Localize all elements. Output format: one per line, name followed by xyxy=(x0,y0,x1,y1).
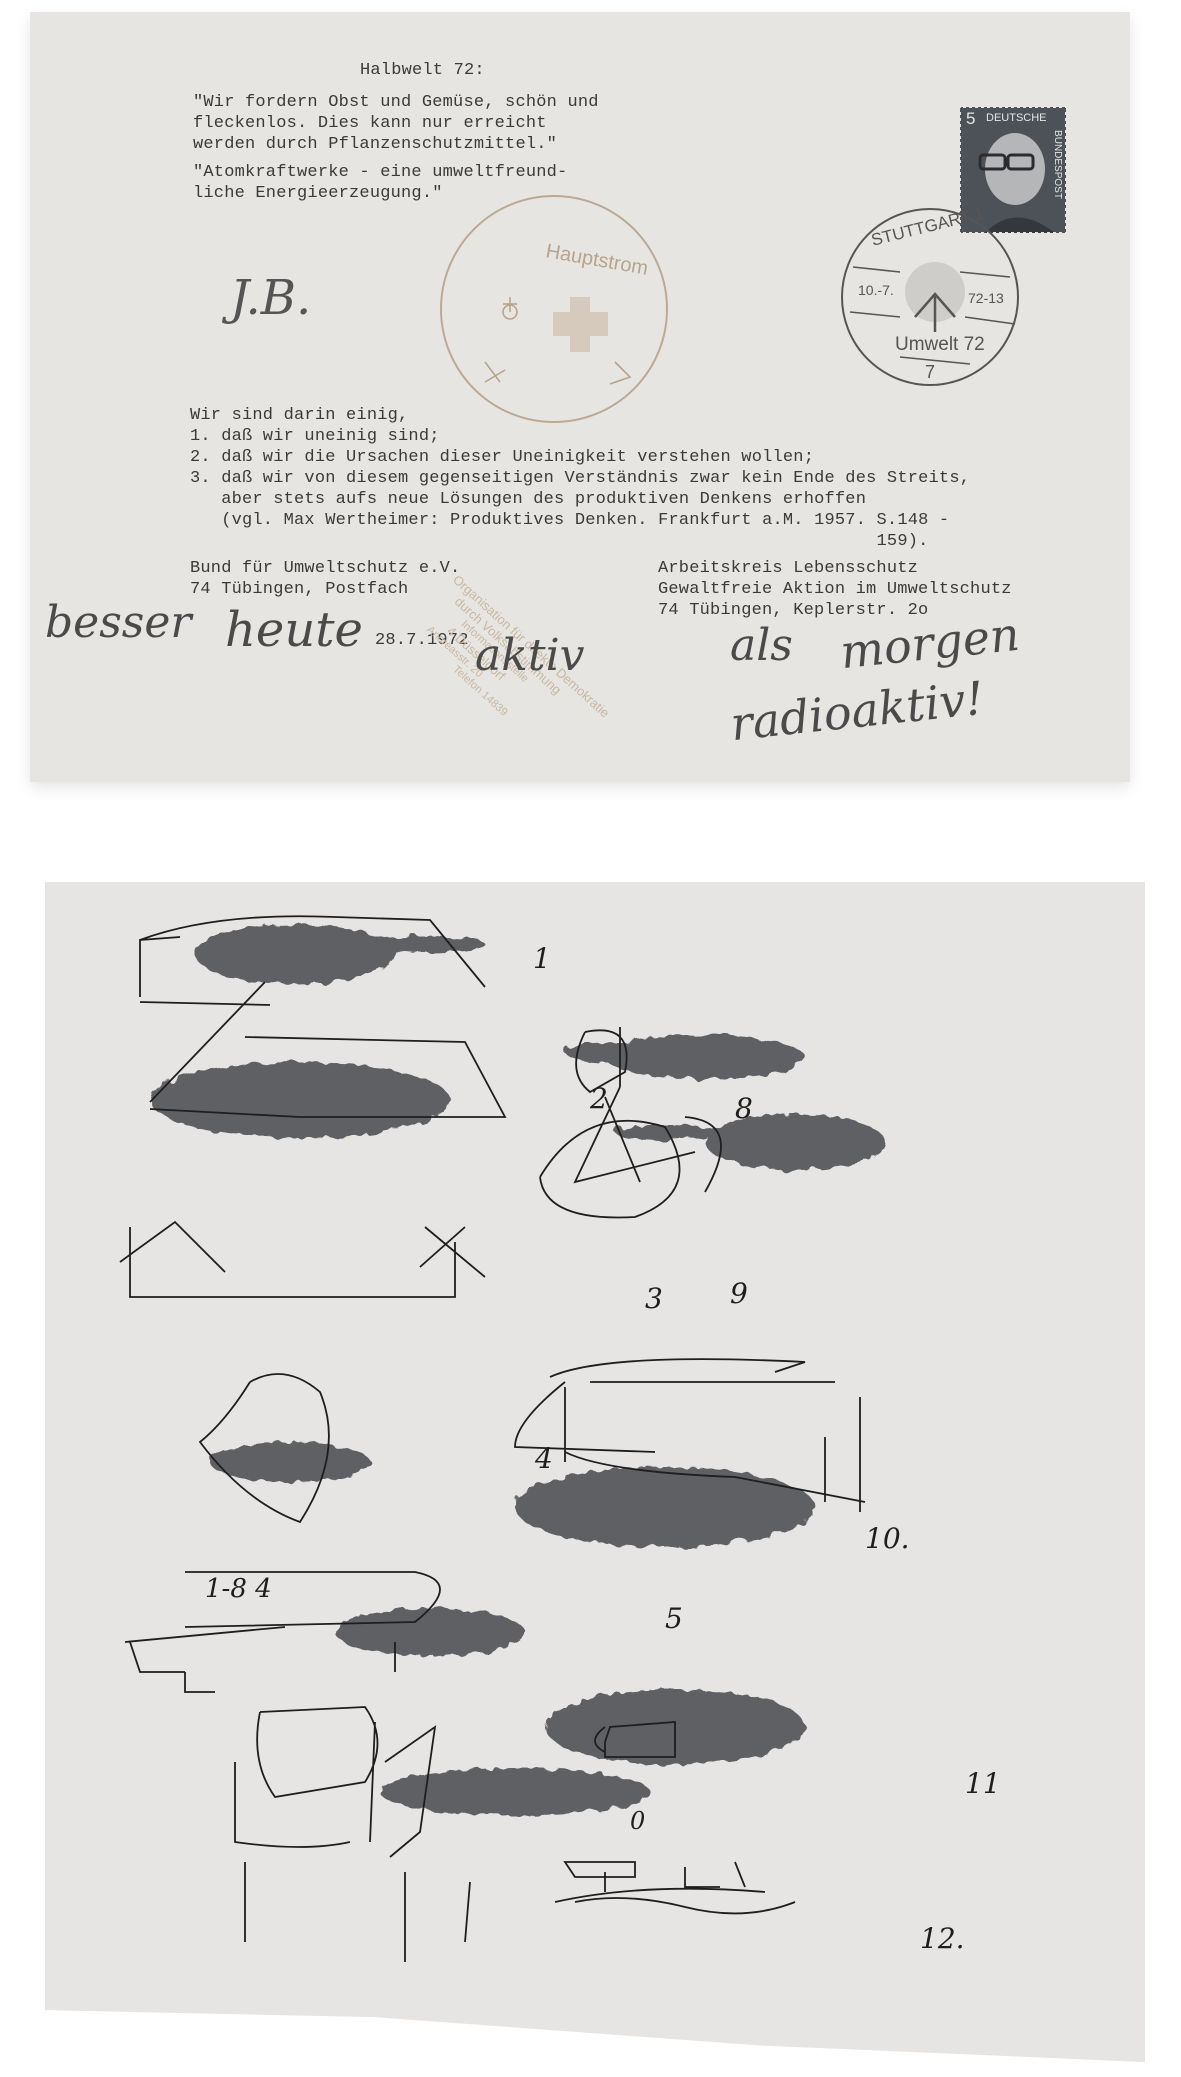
bottom-sheet-drawings: 1 2 3 4 5 0 8 9 10. 11 12. 1-8 4 xyxy=(45,882,1145,2062)
postmark-date-right: 72-13 xyxy=(968,290,1004,306)
sender-left-line-2: 74 Tübingen, Postfach xyxy=(190,579,408,600)
postmark-slogan: Umwelt 72 xyxy=(895,334,985,356)
handwriting-aktiv: aktiv xyxy=(475,630,585,681)
agreement-intro: Wir sind darin einig, xyxy=(190,405,408,426)
sender-right-line-1: Arbeitskreis Lebensschutz xyxy=(658,558,918,579)
label-0: 0 xyxy=(630,1807,645,1835)
label-10: 10. xyxy=(865,1522,910,1555)
label-5: 5 xyxy=(665,1602,683,1635)
agreement-item-3: 3. daß wir von diesem gegenseitigen Vers… xyxy=(190,468,970,489)
label-4: 4 xyxy=(535,1442,553,1475)
paint-smudges xyxy=(150,924,885,1816)
handwriting-heute: heute xyxy=(225,602,363,658)
sender-left-line-1: Bund für Umweltschutz e.V. xyxy=(190,558,460,579)
drawings-layer xyxy=(45,882,1145,2062)
postmark-code: 7 xyxy=(925,362,935,383)
label-11: 11 xyxy=(965,1767,1001,1800)
label-8: 8 xyxy=(735,1092,753,1125)
handwriting-besser: besser xyxy=(45,597,191,648)
label-1: 1 xyxy=(533,942,551,975)
label-9: 9 xyxy=(730,1277,748,1310)
agreement-item-2: 2. daß wir die Ursachen dieser Uneinigke… xyxy=(190,447,814,468)
agreement-reference-pages: 159). xyxy=(190,531,929,552)
tag-on-drawing-5: 1-8 4 xyxy=(205,1574,272,1604)
label-12: 12. xyxy=(920,1922,965,1955)
handwriting-als: als xyxy=(730,620,793,671)
label-3: 3 xyxy=(645,1282,663,1315)
agreement-item-3-cont: aber stets aufs neue Lösungen des produk… xyxy=(190,489,866,510)
sender-right-line-2: Gewaltfreie Aktion im Umweltschutz xyxy=(658,579,1012,600)
agreement-reference: (vgl. Max Wertheimer: Produktives Denken… xyxy=(190,510,949,531)
top-sheet-letter: Halbwelt 72: "Wir fordern Obst und Gemüs… xyxy=(30,12,1130,782)
sender-right-line-3: 74 Tübingen, Keplerstr. 2o xyxy=(658,600,928,621)
postmark-date-left: 10.-7. xyxy=(858,282,894,298)
label-2: 2 xyxy=(590,1082,608,1115)
agreement-item-1: 1. daß wir uneinig sind; xyxy=(190,426,440,447)
